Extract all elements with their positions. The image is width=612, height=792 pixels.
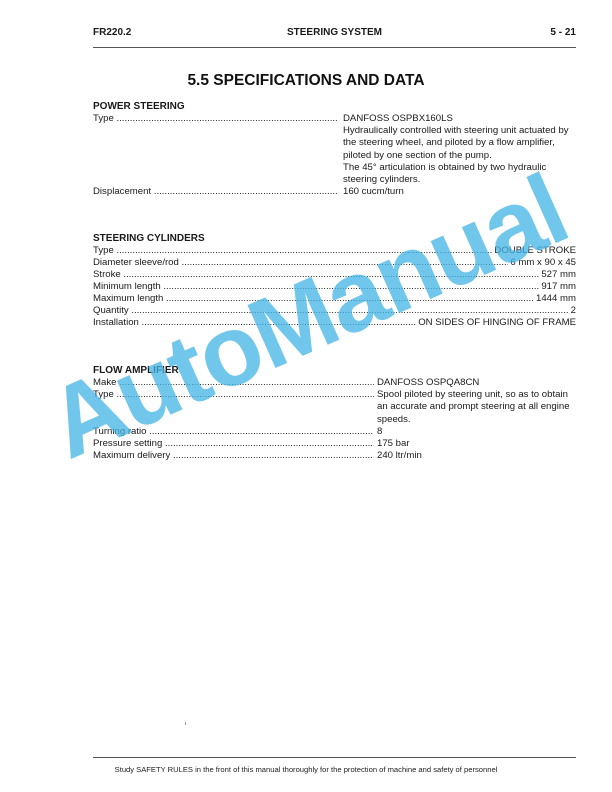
desc-line: speeds. <box>377 414 570 426</box>
maximum-delivery-row: Maximum delivery 240 ltr/min <box>93 450 374 462</box>
row-label: Make <box>93 377 374 389</box>
row-label: Stroke <box>93 269 576 281</box>
cylinder-spec-row: Maximum length1444 mm <box>93 293 576 305</box>
page-header: FR220.2 STEERING SYSTEM 5 - 21 <box>93 27 576 41</box>
row-value: DOUBLE STROKE <box>492 245 576 257</box>
row-label: Diameter sleeve/rod <box>93 257 576 269</box>
row-label: Pressure setting <box>93 438 374 450</box>
row-label: Quantity <box>93 305 576 317</box>
displacement-row: Displacement 160 cucm/turn <box>93 186 337 198</box>
cylinder-spec-row: Quantity2 <box>93 305 576 317</box>
row-value: DANFOSS OSPBX160LS <box>343 113 453 125</box>
row-value: 160 cucm/turn <box>343 186 404 198</box>
flow-type-row: Type <box>93 389 374 401</box>
power-steering-heading: POWER STEERING <box>93 101 185 112</box>
pressure-setting-row: Pressure setting 175 bar <box>93 438 374 450</box>
desc-line: steering cylinders. <box>343 174 569 186</box>
row-label: Type <box>93 389 374 401</box>
row-value: ON SIDES OF HINGING OF FRAME <box>416 317 576 329</box>
row-value: 175 bar <box>377 438 410 450</box>
row-value: 6 mm x 90 x 45 <box>508 257 576 269</box>
cylinder-spec-row: InstallationON SIDES OF HINGING OF FRAME <box>93 317 576 329</box>
desc-line: Spool piloted by steering unit, so as to… <box>377 389 570 401</box>
desc-line: the steering wheel, and piloted by a flo… <box>343 137 569 149</box>
steering-cylinders-heading: STEERING CYLINDERS <box>93 233 205 244</box>
desc-line: Hydraulically controlled with steering u… <box>343 125 569 137</box>
desc-line: piloted by one section of the pump. <box>343 150 569 162</box>
flow-amplifier-heading: FLOW AMPLIFIER <box>93 365 179 376</box>
make-row: Make DANFOSS OSPQA8CN <box>93 377 374 389</box>
turning-ratio-row: Turning ratio 8 <box>93 426 374 438</box>
row-label: Turning ratio <box>93 426 374 438</box>
row-label: Displacement <box>93 186 337 198</box>
cylinder-spec-row: Minimum length917 mm <box>93 281 576 293</box>
row-value: 2 <box>569 305 576 317</box>
desc-line: an accurate and prompt steering at all e… <box>377 401 570 413</box>
row-value: 8 <box>377 426 382 438</box>
footer-divider <box>93 757 576 758</box>
cylinder-spec-row: TypeDOUBLE STROKE <box>93 245 576 257</box>
row-value: 917 mm <box>539 281 576 293</box>
safety-footer: Study SAFETY RULES in the front of this … <box>0 765 612 774</box>
page-title: 5.5 SPECIFICATIONS AND DATA <box>0 72 612 90</box>
row-value: 527 mm <box>539 269 576 281</box>
chapter-title: STEERING SYSTEM <box>93 27 576 38</box>
cylinder-spec-row: Stroke527 mm <box>93 269 576 281</box>
power-steering-description: Hydraulically controlled with steering u… <box>343 125 569 186</box>
row-value: 240 ltr/min <box>377 450 422 462</box>
desc-line: The 45° articulation is obtained by two … <box>343 162 569 174</box>
row-value: 1444 mm <box>534 293 576 305</box>
flow-type-description: Spool piloted by steering unit, so as to… <box>377 389 570 426</box>
row-label: Minimum length <box>93 281 576 293</box>
header-divider <box>93 47 576 48</box>
page-number: 5 - 21 <box>550 27 576 38</box>
scan-speck <box>185 722 186 725</box>
row-label: Maximum delivery <box>93 450 374 462</box>
row-label: Type <box>93 113 337 125</box>
row-label: Maximum length <box>93 293 576 305</box>
cylinder-spec-row: Diameter sleeve/rod6 mm x 90 x 45 <box>93 257 576 269</box>
power-steering-type-row: Type DANFOSS OSPBX160LS <box>93 113 337 125</box>
row-value: DANFOSS OSPQA8CN <box>377 377 479 389</box>
